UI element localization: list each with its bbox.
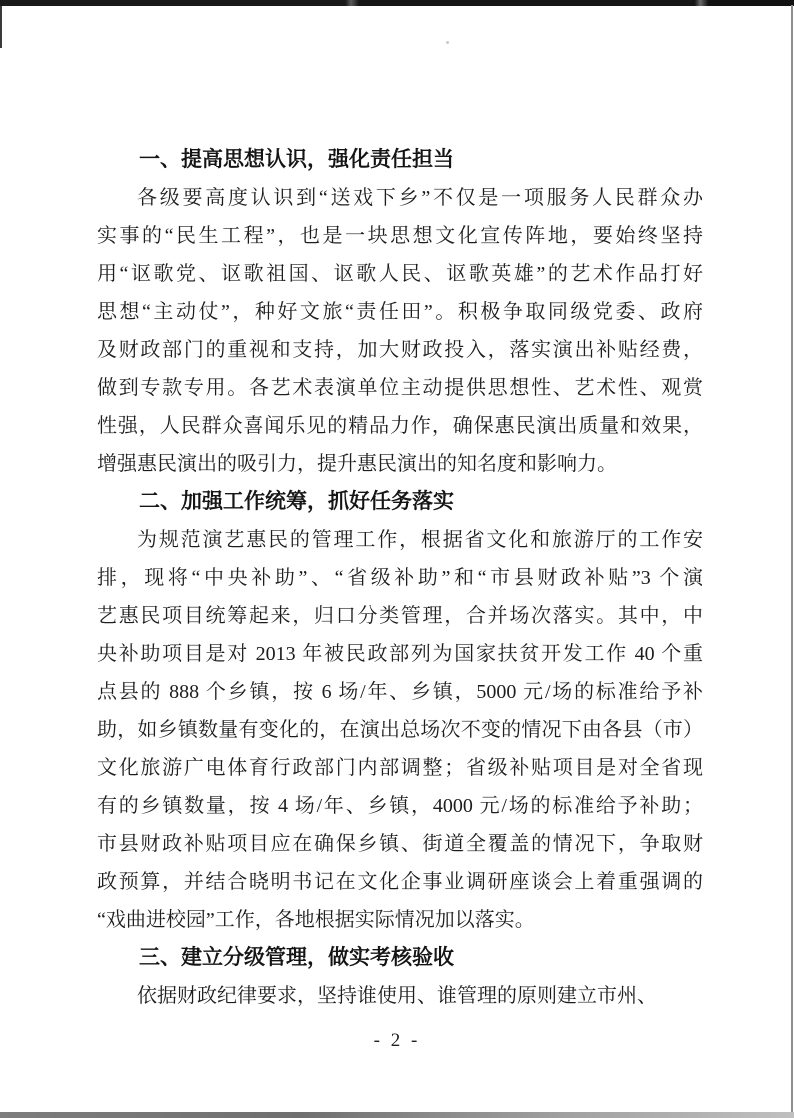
paragraph: 依据财政纪律要求，坚持谁使用、谁管理的原则建立市州、 xyxy=(97,977,703,1015)
text-line: 点县的 888 个乡镇，按 6 场/年、乡镇，5000 元/场的标准给予补 xyxy=(97,673,703,711)
text-line: 及财政部门的重视和支持，加大财政投入，落实演出补贴经费， xyxy=(97,331,703,369)
scan-edge-left-tick xyxy=(0,6,2,48)
scan-edge-bottom xyxy=(0,1112,794,1118)
paragraph: 为规范演艺惠民的管理工作，根据省文化和旅游厅的工作安排，现将“中央补助”、“省级… xyxy=(97,521,703,939)
text-line: 做到专款专用。各艺术表演单位主动提供思想性、艺术性、观赏 xyxy=(97,369,703,407)
text-line: 排，现将“中央补助”、“省级补助”和“市县财政补贴”3 个演 xyxy=(97,559,703,597)
text-line: 各级要高度认识到“送戏下乡”不仅是一项服务人民群众办 xyxy=(97,179,703,217)
text-line: 实事的“民生工程”，也是一块思想文化宣传阵地，要始终坚持 xyxy=(97,217,703,255)
scan-speck xyxy=(446,41,449,44)
text-line: 政预算，并结合晓明书记在文化企事业调研座谈会上着重强调的 xyxy=(97,863,703,901)
document-body: 一、提高思想认识，强化责任担当各级要高度认识到“送戏下乡”不仅是一项服务人民群众… xyxy=(97,141,703,1015)
scan-edge-right xyxy=(791,5,793,1113)
page-number: - 2 - xyxy=(0,1026,794,1056)
text-line: 增强惠民演出的吸引力，提升惠民演出的知名度和影响力。 xyxy=(97,445,703,483)
section-heading: 一、提高思想认识，强化责任担当 xyxy=(97,141,703,179)
text-line: 为规范演艺惠民的管理工作，根据省文化和旅游厅的工作安 xyxy=(97,521,703,559)
text-line: 依据财政纪律要求，坚持谁使用、谁管理的原则建立市州、 xyxy=(97,977,703,1015)
section-heading: 二、加强工作统筹，抓好任务落实 xyxy=(97,483,703,521)
text-line: 思想“主动仗”，种好文旅“责任田”。积极争取同级党委、政府 xyxy=(97,293,703,331)
text-line: 有的乡镇数量，按 4 场/年、乡镇，4000 元/场的标准给予补助； xyxy=(97,787,703,825)
text-line: 助，如乡镇数量有变化的，在演出总场次不变的情况下由各县（市） xyxy=(97,711,703,749)
text-line: 文化旅游广电体育行政部门内部调整；省级补贴项目是对全省现 xyxy=(97,749,703,787)
text-line: 市县财政补贴项目应在确保乡镇、街道全覆盖的情况下，争取财 xyxy=(97,825,703,863)
document-page: 一、提高思想认识，强化责任担当各级要高度认识到“送戏下乡”不仅是一项服务人民群众… xyxy=(0,0,794,1118)
text-line: 用“讴歌党、讴歌祖国、讴歌人民、讴歌英雄”的艺术作品打好 xyxy=(97,255,703,293)
text-line: 性强，人民群众喜闻乐见的精品力作，确保惠民演出质量和效果， xyxy=(97,407,703,445)
paragraph: 各级要高度认识到“送戏下乡”不仅是一项服务人民群众办实事的“民生工程”，也是一块… xyxy=(97,179,703,483)
section-heading: 三、建立分级管理，做实考核验收 xyxy=(97,939,703,977)
text-line: “戏曲进校园”工作，各地根据实际情况加以落实。 xyxy=(97,901,703,939)
scan-edge-top xyxy=(0,0,794,6)
text-line: 艺惠民项目统筹起来，归口分类管理，合并场次落实。其中，中 xyxy=(97,597,703,635)
text-line: 央补助项目是对 2013 年被民政部列为国家扶贫开发工作 40 个重 xyxy=(97,635,703,673)
